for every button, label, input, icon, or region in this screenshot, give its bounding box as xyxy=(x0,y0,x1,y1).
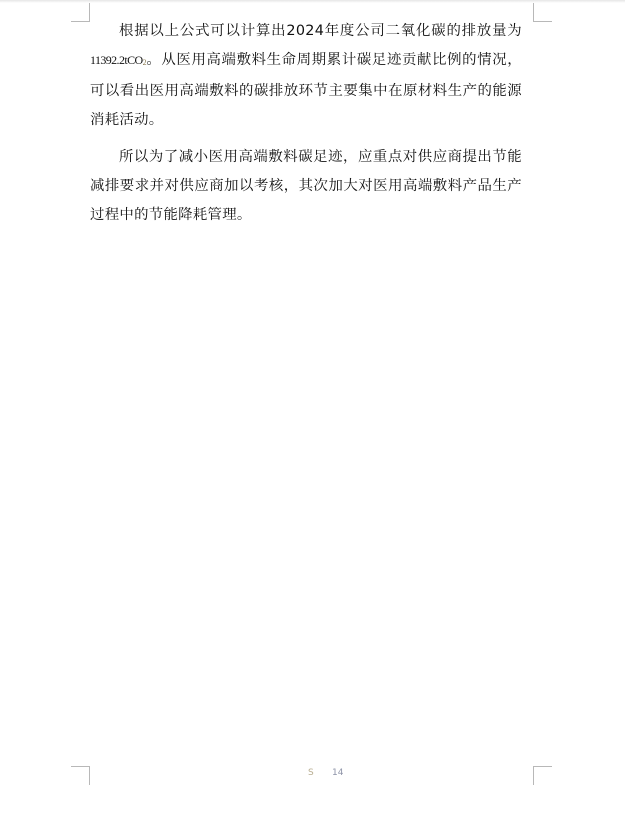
paragraph-1-text-end: 。从医用高端敷料生命周期累计碳足迹贡献比例的情况，可以看出医用高端敷料的碳排放环… xyxy=(90,52,522,128)
document-body[interactable]: 根据以上公式可以计算出2024年度公司二氧化碳的排放量为11392.2tCO2。… xyxy=(90,17,522,238)
footer-mark: S xyxy=(308,768,314,778)
margin-corner-mark-top-right xyxy=(533,3,552,22)
emission-value-number: 11392.2tCO xyxy=(90,53,143,67)
emission-value: 11392.2tCO2 xyxy=(90,53,146,67)
margin-corner-mark-top-left xyxy=(71,3,90,22)
paragraph-2: 所以为了减小医用高端敷料碳足迹，应重点对供应商提出节能减排要求并对供应商加以考核… xyxy=(90,143,522,230)
page-footer: S 14 xyxy=(0,768,625,782)
top-edge-shadow xyxy=(0,0,625,3)
page-number: 14 xyxy=(332,768,343,778)
paragraph-1: 根据以上公式可以计算出2024年度公司二氧化碳的排放量为11392.2tCO2。… xyxy=(90,17,522,135)
paragraph-1-text-start: 根据以上公式可以计算出2024年度公司二氧化碳的排放量为 xyxy=(119,23,522,39)
